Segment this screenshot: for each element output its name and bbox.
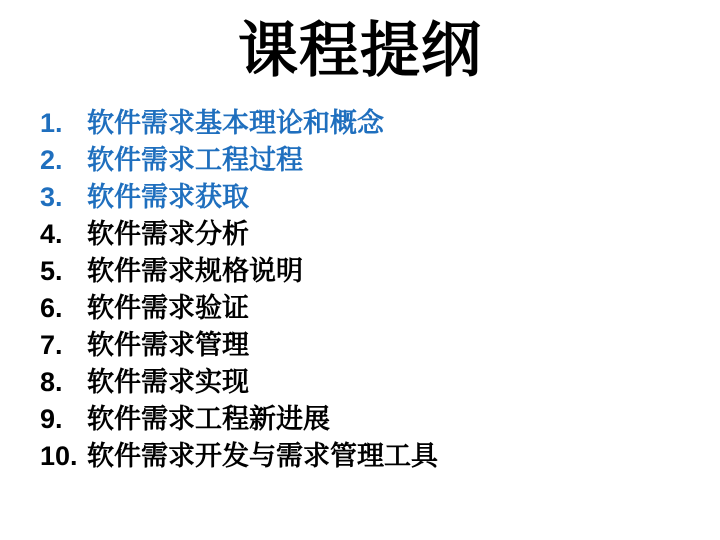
- list-item-number: 6.: [40, 290, 87, 327]
- list-item-number: 1.: [40, 105, 87, 142]
- slide-title: 课程提纲: [0, 0, 720, 85]
- list-item-number: 2.: [40, 142, 87, 179]
- list-item-number: 10.: [40, 438, 87, 475]
- list-item: 10. 软件需求开发与需求管理工具: [40, 438, 720, 475]
- list-item: 6. 软件需求验证: [40, 290, 720, 327]
- list-item-number: 5.: [40, 253, 87, 290]
- list-item-text: 软件需求工程新进展: [87, 401, 330, 438]
- list-item: 8. 软件需求实现: [40, 364, 720, 401]
- list-item: 9. 软件需求工程新进展: [40, 401, 720, 438]
- list-item-number: 7.: [40, 327, 87, 364]
- list-item-number: 4.: [40, 216, 87, 253]
- list-item-text: 软件需求工程过程: [87, 142, 303, 179]
- list-item: 4. 软件需求分析: [40, 216, 720, 253]
- list-item-number: 3.: [40, 179, 87, 216]
- list-item-text: 软件需求开发与需求管理工具: [87, 438, 438, 475]
- course-outline-list: 1. 软件需求基本理论和概念 2. 软件需求工程过程 3. 软件需求获取 4. …: [0, 105, 720, 475]
- list-item: 2. 软件需求工程过程: [40, 142, 720, 179]
- list-item-text: 软件需求分析: [87, 216, 249, 253]
- list-item-text: 软件需求管理: [87, 327, 249, 364]
- list-item-text: 软件需求实现: [87, 364, 249, 401]
- list-item: 5. 软件需求规格说明: [40, 253, 720, 290]
- list-item: 7. 软件需求管理: [40, 327, 720, 364]
- list-item-text: 软件需求验证: [87, 290, 249, 327]
- list-item-number: 9.: [40, 401, 87, 438]
- presentation-slide: 课程提纲 1. 软件需求基本理论和概念 2. 软件需求工程过程 3. 软件需求获…: [0, 0, 720, 540]
- list-item-text: 软件需求规格说明: [87, 253, 303, 290]
- list-item-text: 软件需求基本理论和概念: [87, 105, 384, 142]
- list-item-number: 8.: [40, 364, 87, 401]
- list-item-text: 软件需求获取: [87, 179, 249, 216]
- list-item: 3. 软件需求获取: [40, 179, 720, 216]
- list-item: 1. 软件需求基本理论和概念: [40, 105, 720, 142]
